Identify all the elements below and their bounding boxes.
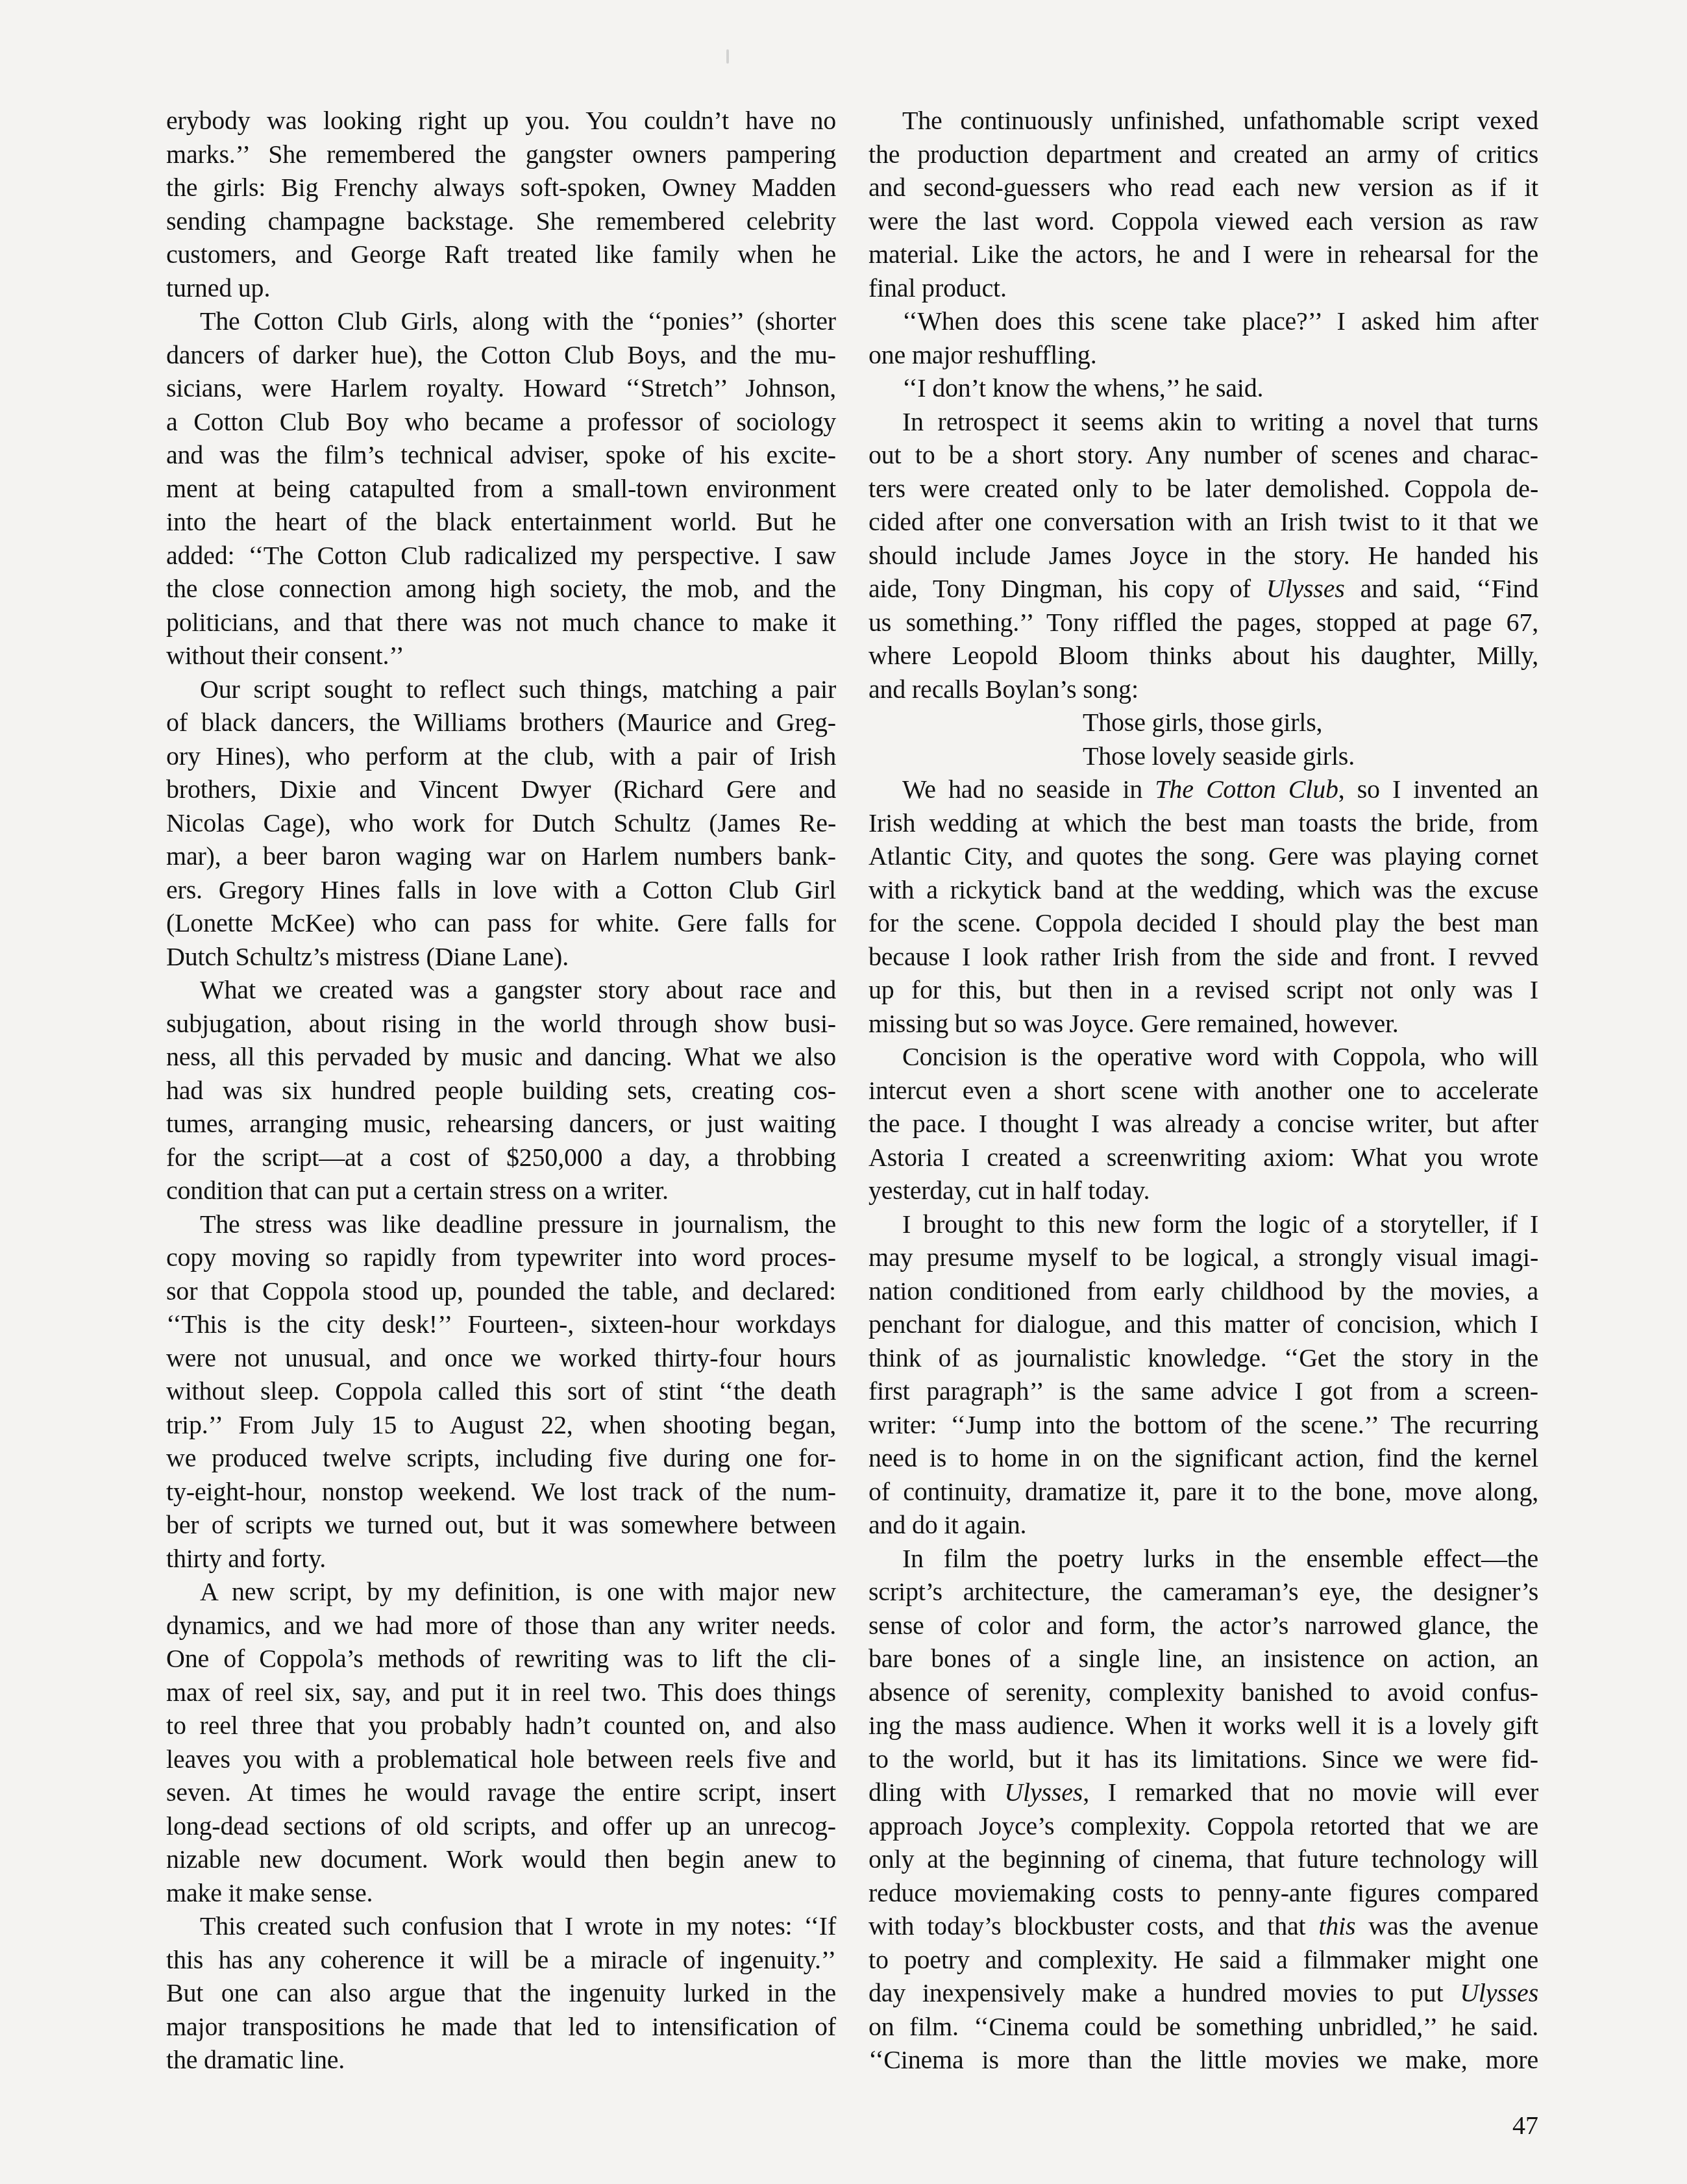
- text-line: us something.’’ Tony riffled the pages, …: [868, 606, 1538, 639]
- text-line: nizable new document. Work would then be…: [166, 1843, 836, 1876]
- text-line: without their consent.’’: [166, 639, 836, 673]
- text-line: were the last word. Coppola viewed each …: [868, 205, 1538, 238]
- text-line: a Cotton Club Boy who became a professor…: [166, 405, 836, 439]
- text-line: to the world, but it has its limitations…: [868, 1743, 1538, 1776]
- text-line: bare bones of a single line, an insisten…: [868, 1642, 1538, 1676]
- text-line: dynamics, and we had more of those than …: [166, 1609, 836, 1643]
- text-line: max of reel six, say, and put it in reel…: [166, 1676, 836, 1709]
- text-line: ory Hines), who perform at the club, wit…: [166, 739, 836, 773]
- text-line: aide, Tony Dingman, his copy of Ulysses …: [868, 572, 1538, 606]
- text-line: Atlantic City, and quotes the song. Gere…: [868, 839, 1538, 873]
- text-line: approach Joyce’s complexity. Coppola ret…: [868, 1809, 1538, 1843]
- text-line: Concision is the operative word with Cop…: [868, 1040, 1538, 1074]
- text-line: But one can also argue that the ingenuit…: [166, 1976, 836, 2010]
- text-line: This created such confusion that I wrote…: [166, 1909, 836, 1943]
- text-line: one major reshuffling.: [868, 338, 1538, 372]
- text-line: ‘‘I don’t know the whens,’’ he said.: [868, 371, 1538, 405]
- text-line: ‘‘Cinema is more than the little movies …: [868, 2043, 1538, 2077]
- text-line: the production department and created an…: [868, 138, 1538, 171]
- text-line: and second-guessers who read each new ve…: [868, 171, 1538, 205]
- text-line: on film. ‘‘Cinema could be something unb…: [868, 2010, 1538, 2044]
- text-column-left: erybody was looking right up you. You co…: [166, 104, 836, 2077]
- text-line: this has any coherence it will be a mira…: [166, 1943, 836, 1977]
- text-line: sicians, were Harlem royalty. Howard ‘‘S…: [166, 371, 836, 405]
- text-line: Irish wedding at which the best man toas…: [868, 806, 1538, 840]
- text-line: politicians, and that there was not much…: [166, 606, 836, 639]
- text-line: out to be a short story. Any number of s…: [868, 438, 1538, 472]
- text-line: yesterday, cut in half today.: [868, 1174, 1538, 1208]
- text-line: In retrospect it seems akin to writing a…: [868, 405, 1538, 439]
- text-line: cided after one conversation with an Iri…: [868, 505, 1538, 539]
- text-line: of continuity, dramatize it, pare it to …: [868, 1475, 1538, 1509]
- text-line: copy moving so rapidly from typewriter i…: [166, 1241, 836, 1274]
- text-line: Astoria I created a screenwriting axiom:…: [868, 1141, 1538, 1174]
- text-line: The Cotton Club Girls, along with the ‘‘…: [166, 304, 836, 338]
- text-line: ment at being catapulted from a small-to…: [166, 472, 836, 506]
- text-line: to reel three that you probably hadn’t c…: [166, 1709, 836, 1743]
- text-line: the girls: Big Frenchy always soft-spoke…: [166, 171, 836, 205]
- text-line: condition that can put a certain stress …: [166, 1174, 836, 1208]
- text-line: I brought to this new form the logic of …: [868, 1208, 1538, 1241]
- text-line: intercut even a short scene with another…: [868, 1074, 1538, 1108]
- text-line: up for this, but then in a revised scrip…: [868, 973, 1538, 1007]
- text-line: erybody was looking right up you. You co…: [166, 104, 836, 138]
- text-line: brothers, Dixie and Vincent Dwyer (Richa…: [166, 773, 836, 806]
- text-line: the close connection among high society,…: [166, 572, 836, 606]
- text-line: and do it again.: [868, 1508, 1538, 1542]
- text-line: penchant for dialogue, and this matter o…: [868, 1308, 1538, 1341]
- text-line: first paragraph’’ is the same advice I g…: [868, 1374, 1538, 1408]
- text-line: make it make sense.: [166, 1876, 836, 1910]
- text-line: day inexpensively make a hundred movies …: [868, 1976, 1538, 2010]
- text-line: marks.’’ She remembered the gangster own…: [166, 138, 836, 171]
- text-line: added: ‘‘The Cotton Club radicalized my …: [166, 539, 836, 573]
- text-line: material. Like the actors, he and I were…: [868, 238, 1538, 271]
- text-line: (Lonette McKee) who can pass for white. …: [166, 906, 836, 940]
- text-line: were not unusual, and once we worked thi…: [166, 1341, 836, 1375]
- text-line: missing but so was Joyce. Gere remained,…: [868, 1007, 1538, 1041]
- text-line: had was six hundred people building sets…: [166, 1074, 836, 1108]
- text-line: A new script, by my definition, is one w…: [166, 1575, 836, 1609]
- text-line: ing the mass audience. When it works wel…: [868, 1709, 1538, 1743]
- text-line: Nicolas Cage), who work for Dutch Schult…: [166, 806, 836, 840]
- text-line: final product.: [868, 271, 1538, 305]
- text-line: ness, all this pervaded by music and dan…: [166, 1040, 836, 1074]
- text-line: One of Coppola’s methods of rewriting wa…: [166, 1642, 836, 1676]
- text-line: ty-eight-hour, nonstop weekend. We lost …: [166, 1475, 836, 1509]
- text-line: need is to home in on the significant ac…: [868, 1441, 1538, 1475]
- page-number: 47: [868, 2109, 1538, 2142]
- text-line: nation conditioned from early childhood …: [868, 1274, 1538, 1308]
- text-line: In film the poetry lurks in the ensemble…: [868, 1542, 1538, 1576]
- text-line: may presume myself to be logical, a stro…: [868, 1241, 1538, 1274]
- text-line: only at the beginning of cinema, that fu…: [868, 1843, 1538, 1876]
- text-line: think of as journalistic knowledge. ‘‘Ge…: [868, 1341, 1538, 1375]
- text-line: should include James Joyce in the story.…: [868, 539, 1538, 573]
- text-line: ‘‘When does this scene take place?’’ I a…: [868, 304, 1538, 338]
- text-line: The continuously unfinished, unfathomabl…: [868, 104, 1538, 138]
- text-column-right: The continuously unfinished, unfathomabl…: [868, 104, 1538, 2077]
- verse-line: Those girls, those girls,: [868, 706, 1538, 739]
- text-line: reduce moviemaking costs to penny-ante f…: [868, 1876, 1538, 1910]
- text-line: leaves you with a problematical hole bet…: [166, 1743, 836, 1776]
- text-line: turned up.: [166, 271, 836, 305]
- text-line: Our script sought to reflect such things…: [166, 673, 836, 706]
- text-line: where Leopold Bloom thinks about his dau…: [868, 639, 1538, 673]
- text-line: major transpositions he made that led to…: [166, 2010, 836, 2044]
- text-line: because I look rather Irish from the sid…: [868, 940, 1538, 974]
- text-line: and was the film’s technical adviser, sp…: [166, 438, 836, 472]
- text-line: long-dead sections of old scripts, and o…: [166, 1809, 836, 1843]
- text-line: ber of scripts we turned out, but it was…: [166, 1508, 836, 1542]
- text-line: with a rickytick band at the wedding, wh…: [868, 873, 1538, 907]
- text-line: writer: ‘‘Jump into the bottom of the sc…: [868, 1408, 1538, 1442]
- text-line: with today’s blockbuster costs, and that…: [868, 1909, 1538, 1943]
- text-line: tumes, arranging music, rehearsing dance…: [166, 1107, 836, 1141]
- text-line: We had no seaside in The Cotton Club, so…: [868, 773, 1538, 806]
- text-line: thirty and forty.: [166, 1542, 836, 1576]
- text-line: The stress was like deadline pressure in…: [166, 1208, 836, 1241]
- text-line: sense of color and form, the actor’s nar…: [868, 1609, 1538, 1643]
- scan-artifact: [726, 49, 729, 64]
- text-line: subjugation, about rising in the world t…: [166, 1007, 836, 1041]
- text-line: for the script—at a cost of $250,000 a d…: [166, 1141, 836, 1174]
- text-line: What we created was a gangster story abo…: [166, 973, 836, 1007]
- text-line: for the scene. Coppola decided I should …: [868, 906, 1538, 940]
- book-page: erybody was looking right up you. You co…: [0, 0, 1687, 2184]
- text-line: ers. Gregory Hines falls in love with a …: [166, 873, 836, 907]
- text-line: ‘‘This is the city desk!’’ Fourteen-, si…: [166, 1308, 836, 1341]
- text-line: the pace. I thought I was already a conc…: [868, 1107, 1538, 1141]
- text-line: mar), a beer baron waging war on Harlem …: [166, 839, 836, 873]
- text-line: absence of serenity, complexity banished…: [868, 1676, 1538, 1709]
- text-line: we produced twelve scripts, including fi…: [166, 1441, 836, 1475]
- text-line: seven. At times he would ravage the enti…: [166, 1776, 836, 1809]
- text-line: sending champagne backstage. She remembe…: [166, 205, 836, 238]
- text-line: dling with Ulysses, I remarked that no m…: [868, 1776, 1538, 1809]
- text-line: ters were created only to be later demol…: [868, 472, 1538, 506]
- verse-line: Those lovely seaside girls.: [868, 739, 1538, 773]
- text-line: sor that Coppola stood up, pounded the t…: [166, 1274, 836, 1308]
- text-line: Dutch Schultz’s mistress (Diane Lane).: [166, 940, 836, 974]
- text-line: to poetry and complexity. He said a film…: [868, 1943, 1538, 1977]
- text-line: into the heart of the black entertainmen…: [166, 505, 836, 539]
- text-line: without sleep. Coppola called this sort …: [166, 1374, 836, 1408]
- text-line: the dramatic line.: [166, 2043, 836, 2077]
- text-line: dancers of darker hue), the Cotton Club …: [166, 338, 836, 372]
- text-line: and recalls Boylan’s song:: [868, 673, 1538, 706]
- text-line: customers, and George Raft treated like …: [166, 238, 836, 271]
- text-line: trip.’’ From July 15 to August 22, when …: [166, 1408, 836, 1442]
- text-line: script’s architecture, the cameraman’s e…: [868, 1575, 1538, 1609]
- text-line: of black dancers, the Williams brothers …: [166, 706, 836, 739]
